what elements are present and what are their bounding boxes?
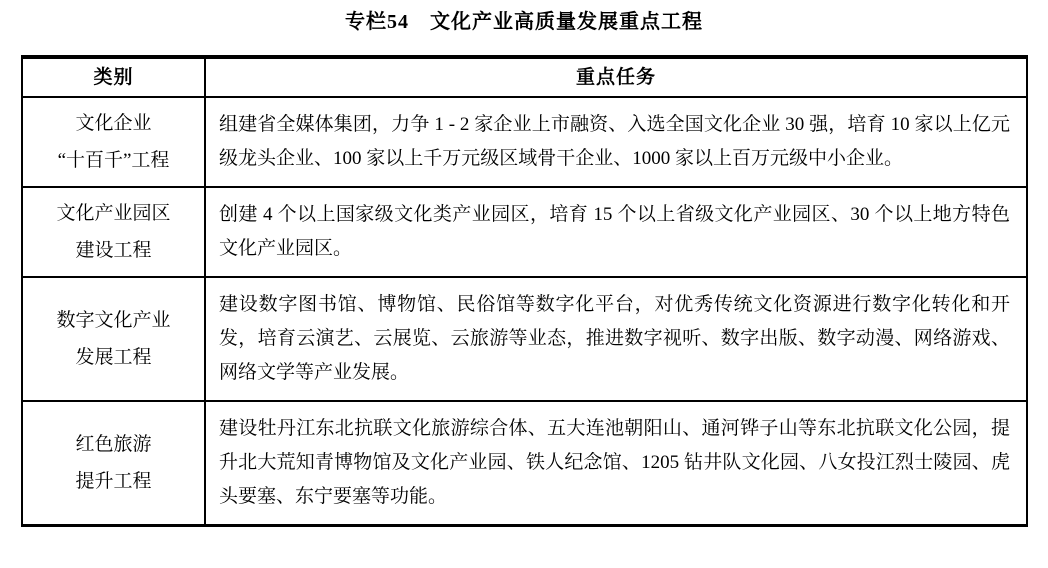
table-row-culture-enterprise: 文化企业 “十百千”工程 组建省全媒体集团，力争 1 - 2 家企业上市融资、入… bbox=[23, 98, 1026, 188]
category-cell: 红色旅游 提升工程 bbox=[23, 402, 206, 524]
table-caption: 专栏54 文化产业高质量发展重点工程 bbox=[0, 0, 1048, 36]
table-row-digital-culture: 数字文化产业 发展工程 建设数字图书馆、博物馆、民俗馆等数字化平台，对优秀传统文… bbox=[23, 278, 1026, 402]
category-cell: 文化产业园区 建设工程 bbox=[23, 188, 206, 276]
table-header-row: 类别 重点任务 bbox=[23, 59, 1026, 98]
category-line: 文化企业 bbox=[75, 106, 151, 141]
table-row-red-tourism: 红色旅游 提升工程 建设牡丹江东北抗联文化旅游综合体、五大连池朝阳山、通河铧子山… bbox=[23, 402, 1026, 524]
category-line: 提升工程 bbox=[75, 464, 151, 499]
category-line: 数字文化产业 bbox=[56, 303, 170, 338]
category-cell: 文化企业 “十百千”工程 bbox=[23, 98, 206, 186]
category-line: 文化产业园区 bbox=[56, 196, 170, 231]
category-line: 建设工程 bbox=[75, 233, 151, 268]
category-line: 发展工程 bbox=[75, 340, 151, 375]
column-header-tasks: 重点任务 bbox=[206, 59, 1026, 96]
category-line: 红色旅游 bbox=[75, 427, 151, 462]
tasks-cell: 组建省全媒体集团，力争 1 - 2 家企业上市融资、入选全国文化企业 30 强，… bbox=[206, 98, 1026, 186]
document-page: 专栏54 文化产业高质量发展重点工程 类别 重点任务 文化企业 “十百千”工程 … bbox=[0, 0, 1048, 568]
category-cell: 数字文化产业 发展工程 bbox=[23, 278, 206, 400]
table-row-industry-park: 文化产业园区 建设工程 创建 4 个以上国家级文化类产业园区，培育 15 个以上… bbox=[23, 188, 1026, 278]
tasks-cell: 创建 4 个以上国家级文化类产业园区，培育 15 个以上省级文化产业园区、30 … bbox=[206, 188, 1026, 276]
column-header-category: 类别 bbox=[23, 59, 206, 96]
tasks-cell: 建设数字图书馆、博物馆、民俗馆等数字化平台，对优秀传统文化资源进行数字化转化和开… bbox=[206, 278, 1026, 400]
tasks-cell: 建设牡丹江东北抗联文化旅游综合体、五大连池朝阳山、通河铧子山等东北抗联文化公园，… bbox=[206, 402, 1026, 524]
key-projects-table: 类别 重点任务 文化企业 “十百千”工程 组建省全媒体集团，力争 1 - 2 家… bbox=[21, 55, 1028, 527]
category-line: “十百千”工程 bbox=[58, 143, 170, 178]
